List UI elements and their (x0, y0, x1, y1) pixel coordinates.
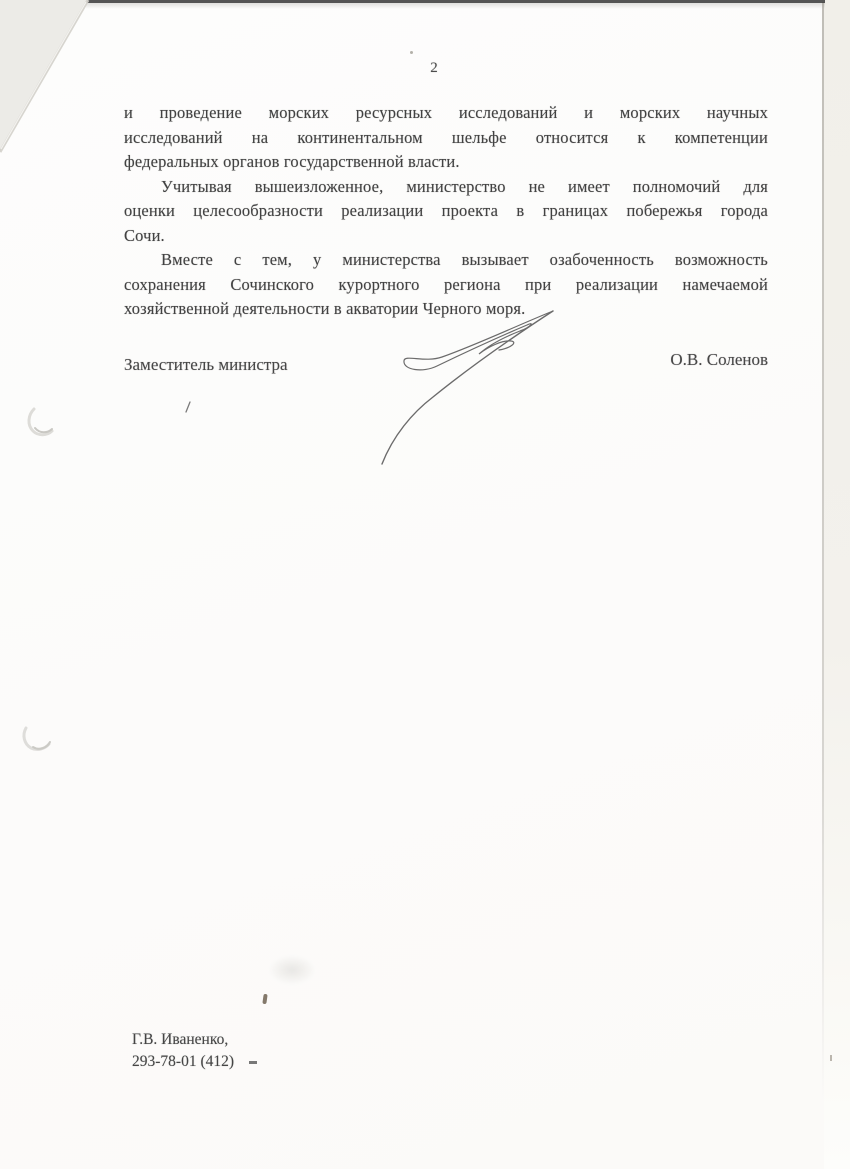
executor-block: Г.В. Иваненко, 293-78-01 (412) (132, 1029, 234, 1073)
text-line: федеральных органов государственной влас… (124, 150, 768, 175)
text-line: исследований на континентальном шельфе о… (124, 126, 768, 151)
scanner-background-strip (824, 0, 850, 1169)
signer-name: О.В. Соленов (600, 350, 768, 370)
executor-phone: 293-78-01 (412) (132, 1051, 234, 1073)
pen-mark-icon (183, 399, 193, 415)
ink-speck-icon (262, 994, 267, 1004)
handwritten-signature-icon (330, 295, 580, 480)
dust-speck-icon (830, 1055, 832, 1061)
paragraph: Учитывая вышеизложенное, министерство не… (124, 175, 768, 249)
smudge-artifact (268, 955, 316, 985)
text-line: и проведение морских ресурсных исследова… (124, 101, 768, 126)
page-right-edge (822, 2, 824, 1102)
text-line: Вместе с тем, у министерства вызывает оз… (124, 248, 768, 273)
text-line: Учитывая вышеизложенное, министерство не… (124, 175, 768, 200)
text-line: сохранения Сочинского курортного региона… (124, 273, 768, 298)
text-line: оценки целесообразности реализации проек… (124, 199, 768, 224)
executor-name: Г.В. Иваненко, (132, 1029, 234, 1051)
punch-hole-icon (24, 404, 56, 440)
text-line: Сочи. (124, 224, 768, 249)
paragraph: и проведение морских ресурсных исследова… (124, 101, 768, 175)
body-text: и проведение морских ресурсных исследова… (124, 101, 768, 322)
signer-title: Заместитель министра (124, 355, 288, 375)
punch-hole-icon (20, 725, 54, 755)
scanned-letter-page: 2 и проведение морских ресурсных исследо… (0, 0, 850, 1169)
stray-dash-mark (249, 1061, 257, 1064)
scan-top-edge-shadow (86, 3, 825, 9)
dust-speck-icon (410, 51, 413, 54)
folded-corner (0, 0, 92, 158)
page-number: 2 (424, 60, 444, 77)
